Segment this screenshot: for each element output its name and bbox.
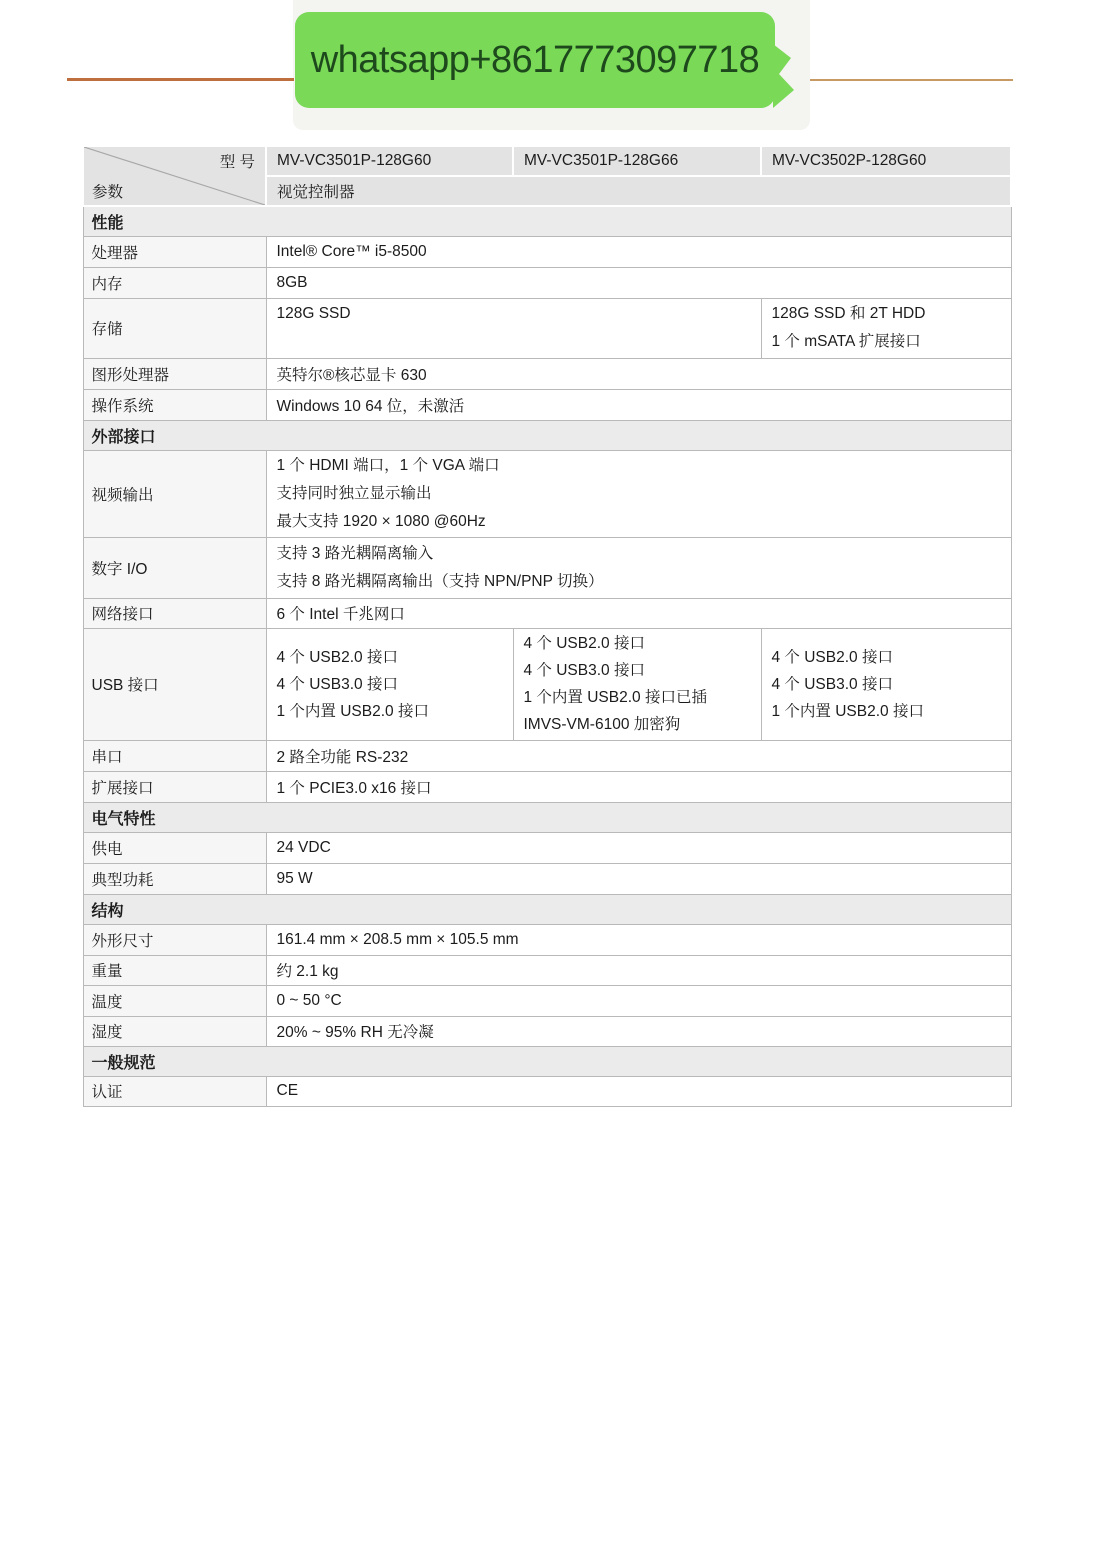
expansion-label: 扩展接口 — [83, 771, 266, 802]
row-gpu: 图形处理器 英特尔®核芯显卡 630 — [83, 358, 1011, 389]
row-consumption: 典型功耗 95 W — [83, 863, 1011, 894]
model-2-header: MV-VC3501P-128G66 — [513, 146, 761, 176]
digital-io-value: 支持 3 路光耦隔离输入 支持 8 路光耦隔离输出（支持 NPN/PNP 切换） — [266, 537, 1011, 598]
weight-label: 重量 — [83, 955, 266, 985]
section-performance: 性能 — [83, 206, 1011, 236]
spec-line: 4 个 USB2.0 接口 — [524, 630, 751, 657]
row-network: 网络接口 6 个 Intel 千兆网口 — [83, 598, 1011, 628]
digital-io-label: 数字 I/O — [83, 537, 266, 598]
gpu-label: 图形处理器 — [83, 358, 266, 389]
spec-line: 1 个 HDMI 端口，1 个 VGA 端口 — [277, 452, 1001, 480]
page: whatsapp+8617773097718 型 号 参数 MV-VC3501P… — [0, 0, 1102, 1559]
spec-line: 1 个内置 USB2.0 接口 — [277, 698, 503, 725]
usb-value-model2: 4 个 USB2.0 接口 4 个 USB3.0 接口 1 个内置 USB2.0… — [513, 628, 761, 740]
row-dimensions: 外形尺寸 161.4 mm × 208.5 mm × 105.5 mm — [83, 924, 1011, 955]
power-label: 供电 — [83, 832, 266, 863]
storage-value-main: 128G SSD — [266, 298, 761, 358]
spec-line: 支持 8 路光耦隔离输出（支持 NPN/PNP 切换） — [277, 568, 1001, 596]
spec-line: 4 个 USB3.0 接口 — [277, 671, 503, 698]
spec-line: 1 个内置 USB2.0 接口已插 IMVS-VM-6100 加密狗 — [524, 684, 751, 738]
cpu-label: 处理器 — [83, 236, 266, 267]
usb-value-model1: 4 个 USB2.0 接口 4 个 USB3.0 接口 1 个内置 USB2.0… — [266, 628, 513, 740]
network-label: 网络接口 — [83, 598, 266, 628]
gpu-value: 英特尔®核芯显卡 630 — [266, 358, 1011, 389]
row-expansion: 扩展接口 1 个 PCIE3.0 x16 接口 — [83, 771, 1011, 802]
section-general: 一般规范 — [83, 1046, 1011, 1076]
section-electrical: 电气特性 — [83, 802, 1011, 832]
spec-line: 最大支持 1920 × 1080 @60Hz — [277, 508, 1001, 536]
row-storage: 存储 128G SSD 128G SSD 和 2T HDD 1 个 mSATA … — [83, 298, 1011, 358]
os-value: Windows 10 64 位，未激活 — [266, 389, 1011, 420]
row-cpu: 处理器 Intel® Core™ i5-8500 — [83, 236, 1011, 267]
temperature-label: 温度 — [83, 985, 266, 1016]
row-video-output: 视频输出 1 个 HDMI 端口，1 个 VGA 端口 支持同时独立显示输出 最… — [83, 450, 1011, 537]
video-output-value: 1 个 HDMI 端口，1 个 VGA 端口 支持同时独立显示输出 最大支持 1… — [266, 450, 1011, 537]
corner-label-param: 参数 — [92, 180, 123, 202]
divider-line-left — [67, 78, 294, 81]
usb-label: USB 接口 — [83, 628, 266, 740]
row-memory: 内存 8GB — [83, 267, 1011, 298]
spec-line: 4 个 USB3.0 接口 — [524, 657, 751, 684]
section-structure: 结构 — [83, 894, 1011, 924]
expansion-value: 1 个 PCIE3.0 x16 接口 — [266, 771, 1011, 802]
memory-label: 内存 — [83, 267, 266, 298]
row-usb: USB 接口 4 个 USB2.0 接口 4 个 USB3.0 接口 1 个内置… — [83, 628, 1011, 740]
spec-line: 支持同时独立显示输出 — [277, 480, 1001, 508]
divider-line-right — [810, 79, 1013, 81]
row-humidity: 湿度 20% ~ 95% RH 无冷凝 — [83, 1016, 1011, 1046]
product-type-cell: 视觉控制器 — [266, 176, 1011, 206]
spec-line: 4 个 USB2.0 接口 — [772, 644, 1001, 671]
row-power: 供电 24 VDC — [83, 832, 1011, 863]
storage-value-alt: 128G SSD 和 2T HDD 1 个 mSATA 扩展接口 — [761, 298, 1011, 358]
consumption-label: 典型功耗 — [83, 863, 266, 894]
spec-line: 4 个 USB2.0 接口 — [277, 644, 503, 671]
dimensions-value: 161.4 mm × 208.5 mm × 105.5 mm — [266, 924, 1011, 955]
whatsapp-contact-text: whatsapp+8617773097718 — [311, 39, 760, 82]
bubble-tail-icon — [773, 42, 805, 112]
os-label: 操作系统 — [83, 389, 266, 420]
storage-label: 存储 — [83, 298, 266, 358]
row-digital-io: 数字 I/O 支持 3 路光耦隔离输入 支持 8 路光耦隔离输出（支持 NPN/… — [83, 537, 1011, 598]
corner-cell: 型 号 参数 — [83, 146, 266, 206]
row-weight: 重量 约 2.1 kg — [83, 955, 1011, 985]
power-value: 24 VDC — [266, 832, 1011, 863]
row-serial: 串口 2 路全功能 RS-232 — [83, 740, 1011, 771]
spec-line: 1 个 mSATA 扩展接口 — [772, 328, 1001, 356]
whatsapp-bubble: whatsapp+8617773097718 — [295, 12, 775, 108]
consumption-value: 95 W — [266, 863, 1011, 894]
usb-value-model3: 4 个 USB2.0 接口 4 个 USB3.0 接口 1 个内置 USB2.0… — [761, 628, 1011, 740]
spec-line: 1 个内置 USB2.0 接口 — [772, 698, 1001, 725]
serial-value: 2 路全功能 RS-232 — [266, 740, 1011, 771]
video-output-label: 视频输出 — [83, 450, 266, 537]
spec-line: 支持 3 路光耦隔离输入 — [277, 540, 1001, 568]
certification-label: 认证 — [83, 1076, 266, 1106]
section-interfaces: 外部接口 — [83, 420, 1011, 450]
serial-label: 串口 — [83, 740, 266, 771]
humidity-label: 湿度 — [83, 1016, 266, 1046]
corner-label-model: 型 号 — [220, 150, 255, 172]
humidity-value: 20% ~ 95% RH 无冷凝 — [266, 1016, 1011, 1046]
spec-line: 128G SSD 和 2T HDD — [772, 300, 1001, 328]
table-header-row: 型 号 参数 MV-VC3501P-128G60 MV-VC3501P-128G… — [83, 146, 1011, 176]
spec-table: 型 号 参数 MV-VC3501P-128G60 MV-VC3501P-128G… — [82, 145, 1012, 1107]
cpu-value: Intel® Core™ i5-8500 — [266, 236, 1011, 267]
temperature-value: 0 ~ 50 °C — [266, 985, 1011, 1016]
certification-value: CE — [266, 1076, 1011, 1106]
model-3-header: MV-VC3502P-128G60 — [761, 146, 1011, 176]
row-os: 操作系统 Windows 10 64 位，未激活 — [83, 389, 1011, 420]
spec-line: 4 个 USB3.0 接口 — [772, 671, 1001, 698]
memory-value: 8GB — [266, 267, 1011, 298]
row-certification: 认证 CE — [83, 1076, 1011, 1106]
weight-value: 约 2.1 kg — [266, 955, 1011, 985]
network-value: 6 个 Intel 千兆网口 — [266, 598, 1011, 628]
model-1-header: MV-VC3501P-128G60 — [266, 146, 513, 176]
row-temperature: 温度 0 ~ 50 °C — [83, 985, 1011, 1016]
dimensions-label: 外形尺寸 — [83, 924, 266, 955]
